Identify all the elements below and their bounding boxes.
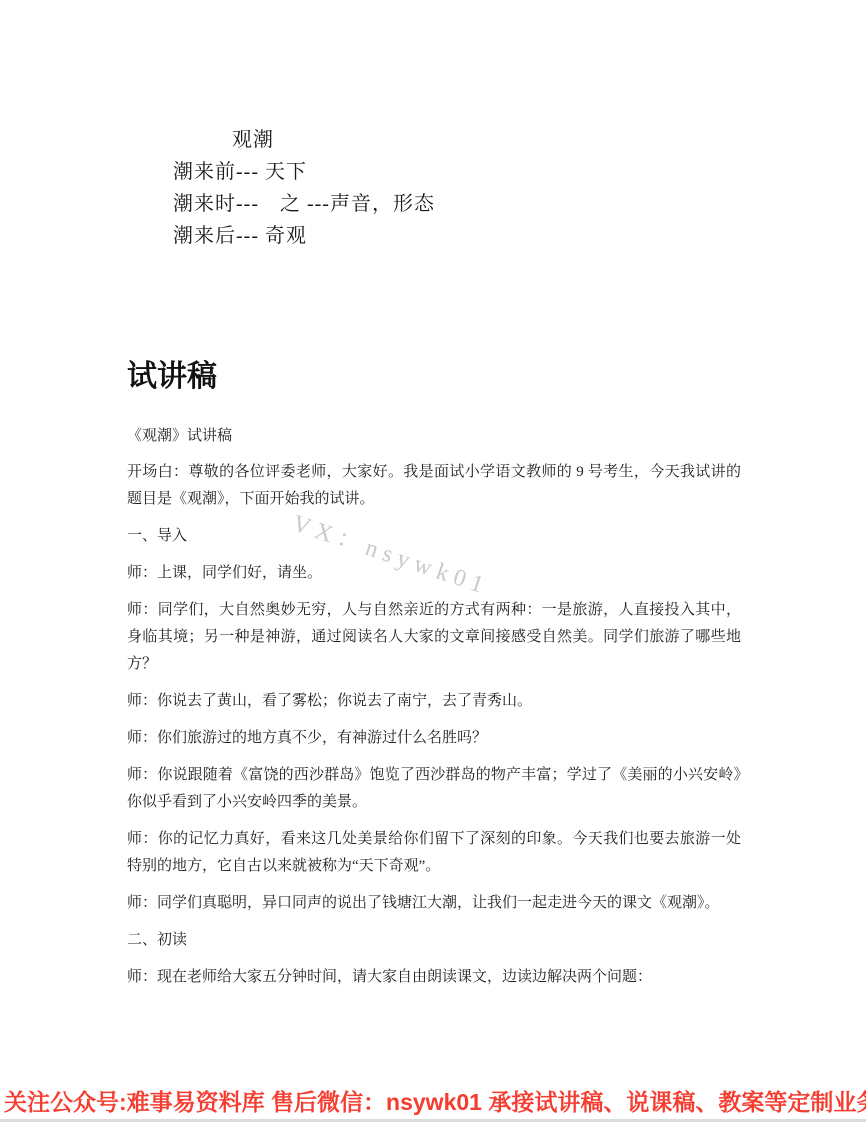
outline-line: 潮来时--- 之 ---声音，形态 [173,188,435,220]
document-heading: 试讲稿 [127,361,217,393]
footer-text: 关注公众号:难事易资料库 售后微信：nsywk01 承接试讲稿、说课稿、教案等定… [4,1089,866,1115]
paragraph: 师：上课，同学们好，请坐。 [127,560,741,587]
paragraph: 师：你说去了黄山，看了雾松；你说去了南宁，去了青秀山。 [127,688,741,715]
paragraph: 师：同学们，大自然奥妙无穷，人与自然亲近的方式有两种：一是旅游，人直接投入其中，… [127,597,741,678]
document-subtitle: 《观潮》试讲稿 [127,426,232,446]
paragraph-opening: 开场白：尊敬的各位评委老师，大家好。我是面试小学语文教师的 9 号考生，今天我试… [127,459,741,513]
paragraph: 师：你们旅游过的地方真不少，有神游过什么名胜吗？ [127,725,741,752]
paragraph: 师：同学们真聪明，异口同声的说出了钱塘江大潮，让我们一起走进今天的课文《观潮》。 [127,890,741,917]
paragraph: 师：你的记忆力真好，看来这几处美景给你们留下了深刻的印象。今天我们也要去旅游一处… [127,826,741,880]
outline-line: 潮来前--- 天下 [173,156,435,188]
document-page: 观潮 潮来前--- 天下 潮来时--- 之 ---声音，形态 潮来后--- 奇观… [0,0,866,1122]
lesson-outline: 观潮 潮来前--- 天下 潮来时--- 之 ---声音，形态 潮来后--- 奇观 [173,124,435,252]
section-heading-first-read: 二、初读 [127,927,741,954]
document-body: 开场白：尊敬的各位评委老师，大家好。我是面试小学语文教师的 9 号考生，今天我试… [127,459,741,1001]
footer-banner: 关注公众号:难事易资料库 售后微信：nsywk01 承接试讲稿、说课稿、教案等定… [0,1087,866,1117]
paragraph: 师：你说跟随着《富饶的西沙群岛》饱览了西沙群岛的物产丰富；学过了《美丽的小兴安岭… [127,762,741,816]
section-heading-intro: 一、导入 [127,523,741,550]
outline-title: 观潮 [173,124,435,156]
paragraph: 师：现在老师给大家五分钟时间，请大家自由朗读课文，边读边解决两个问题： [127,964,741,991]
outline-line: 潮来后--- 奇观 [173,220,435,252]
